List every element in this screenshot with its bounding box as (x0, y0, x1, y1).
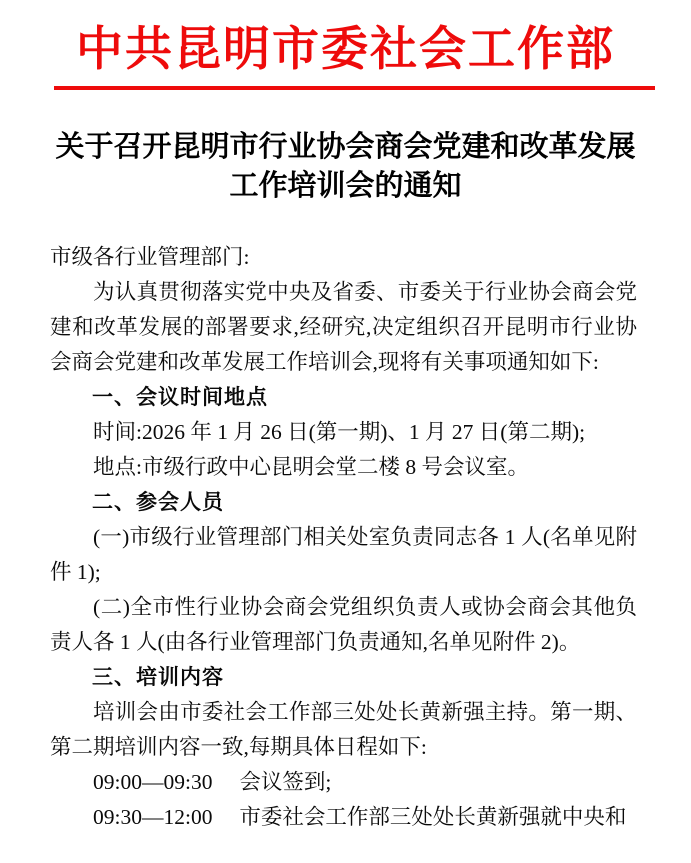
letterhead-org-name: 中共昆明市委社会工作部 (0, 0, 691, 76)
schedule-time: 09:00—09:30 (93, 770, 212, 794)
document-body: 市级各行业管理部门: 为认真贯彻落实党中央及省委、市委关于行业协会商会党建和改革… (0, 240, 691, 835)
meeting-time-line: 时间:2026 年 1 月 26 日(第一期)、1 月 27 日(第二期); (50, 415, 637, 450)
letterhead-header: 中共昆明市委社会工作部 (0, 0, 691, 90)
meeting-location-line: 地点:市级行政中心昆明会堂二楼 8 号会议室。 (50, 450, 637, 485)
schedule-row: 09:00—09:30会议签到; (50, 765, 637, 800)
schedule-row: 09:30—12:00市委社会工作部三处处长黄新强就中央和 (50, 800, 637, 835)
schedule-item: 会议签到; (239, 770, 331, 794)
document-page: 中共昆明市委社会工作部 关于召开昆明市行业协会商会党建和改革发展 工作培训会的通… (0, 0, 691, 863)
section-1-heading: 一、会议时间地点 (50, 380, 637, 415)
document-title-line-2: 工作培训会的通知 (229, 170, 461, 202)
document-title: 关于召开昆明市行业协会商会党建和改革发展 工作培训会的通知 (28, 128, 663, 206)
document-title-line-1: 关于召开昆明市行业协会商会党建和改革发展 (55, 131, 635, 163)
section-3-heading: 三、培训内容 (50, 660, 637, 695)
intro-paragraph: 为认真贯彻落实党中央及省委、市委关于行业协会商会党建和改革发展的部署要求,经研究… (50, 275, 637, 380)
salutation: 市级各行业管理部门: (50, 240, 637, 275)
attendee-item-2: (二)全市性行业协会商会党组织负责人或协会商会其他负责人各 1 人(由各行业管理… (50, 590, 637, 660)
training-intro-paragraph: 培训会由市委社会工作部三处处长黄新强主持。第一期、第二期培训内容一致,每期具体日… (50, 695, 637, 765)
attendee-item-1: (一)市级行业管理部门相关处室负责同志各 1 人(名单见附件 1); (50, 520, 637, 590)
schedule-item: 市委社会工作部三处处长黄新强就中央和 (239, 805, 626, 829)
section-2-heading: 二、参会人员 (50, 485, 637, 520)
letterhead-divider (54, 86, 655, 90)
schedule-time: 09:30—12:00 (93, 805, 212, 829)
